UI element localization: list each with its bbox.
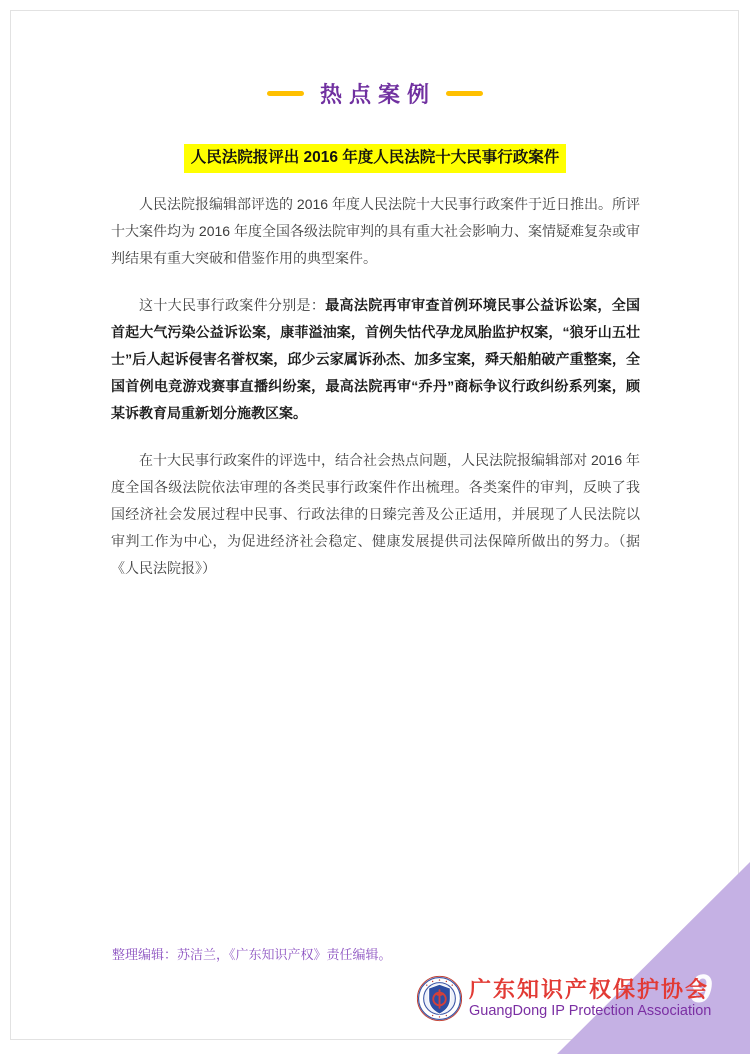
- article-headline: 人民法院报评出 2016 年度人民法院十大民事行政案件: [184, 144, 567, 173]
- paragraph-2-case-list: 最高法院再审审查首例环境民事公益诉讼案，全国首起大气污染公益诉讼案，康菲溢油案，…: [111, 297, 640, 421]
- section-title: 热点案例: [320, 78, 436, 109]
- paragraph-2: 这十大民事行政案件分别是：最高法院再审审查首例环境民事公益诉讼案，全国首起大气污…: [111, 292, 640, 427]
- org-name-en: GuangDong IP Protection Association: [469, 1002, 711, 1020]
- article-body: 人民法院报编辑部评选的 2016 年度人民法院十大民事行政案件于近日推出。所评十…: [111, 191, 640, 602]
- paragraph-2-lead: 这十大民事行政案件分别是：: [139, 297, 325, 313]
- gdipa-emblem-icon: [416, 975, 463, 1022]
- section-header: 热点案例: [0, 78, 750, 109]
- article-headline-row: 人民法院报评出 2016 年度人民法院十大民事行政案件: [0, 144, 750, 173]
- dash-left-icon: [267, 91, 304, 96]
- editor-note: 整理编辑：苏洁兰，《广东知识产权》责任编辑。: [112, 944, 392, 963]
- org-name-cn: 广东知识产权保护协会: [469, 977, 711, 1002]
- paragraph-1: 人民法院报编辑部评选的 2016 年度人民法院十大民事行政案件于近日推出。所评十…: [111, 191, 640, 272]
- paragraph-3: 在十大民事行政案件的评选中，结合社会热点问题，人民法院报编辑部对 2016 年度…: [111, 447, 640, 582]
- footer-brand: 广东知识产权保护协会 GuangDong IP Protection Assoc…: [416, 975, 711, 1022]
- brand-names: 广东知识产权保护协会 GuangDong IP Protection Assoc…: [469, 977, 711, 1020]
- dash-right-icon: [446, 91, 483, 96]
